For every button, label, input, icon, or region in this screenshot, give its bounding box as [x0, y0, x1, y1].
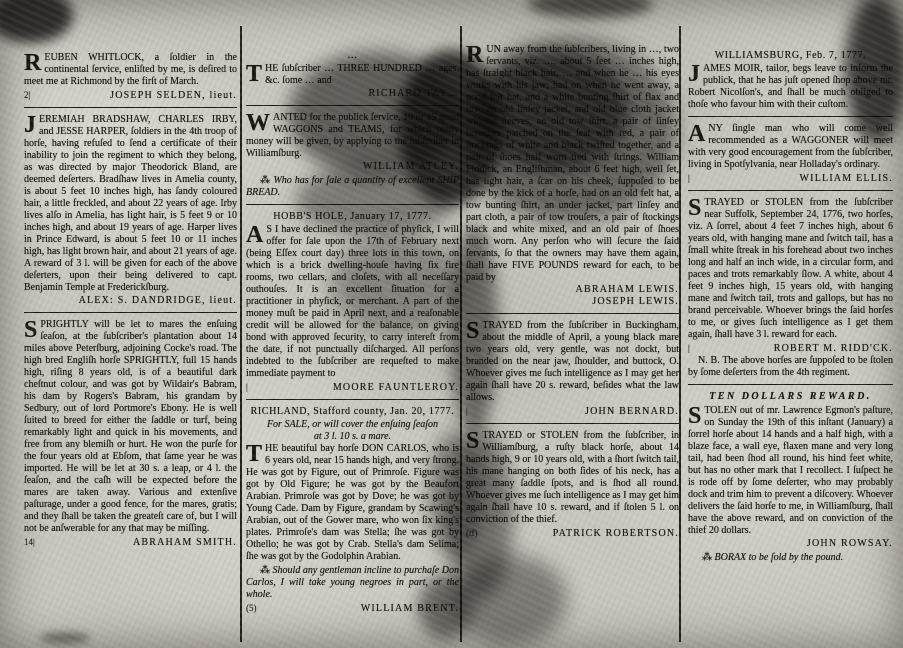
ad-note: ⁂ Should any gentleman incline to purcha… [246, 565, 459, 601]
ad-marker: | [688, 172, 690, 184]
ad-signature: JOSEPH SELDEN, lieut. [110, 90, 237, 102]
ad-headline: For SALE, or will cover the enſuing ſeaſ… [246, 419, 459, 431]
ad-body: STRAYED or STOLEN from the ſubſcriber, i… [466, 430, 679, 526]
ad-signature: JOHN ROWSAY. [807, 538, 893, 550]
ad-initial: R [466, 44, 486, 66]
ad-body: THE ſubſcriber … THREE HUNDRED … ages, &… [246, 63, 459, 87]
ad-strayed-two-horses: STRAYED or STOLEN from the ſubſcriber ne… [688, 197, 893, 379]
ad-dateline: HOBB'S HOLE, January 17, 1777. [246, 211, 459, 223]
column-rule-3 [679, 26, 681, 642]
ad-initial: J [24, 114, 39, 136]
ad-body: RUN away from the ſubſcribers, living in… [466, 44, 679, 284]
ad-signature: PATRICK ROBERTSON. [553, 528, 679, 540]
ad-signature: ABRAHAM SMITH. [133, 537, 237, 549]
ad-signature: ALEX: S. DANDRIDGE, lieut. [79, 295, 237, 307]
ad-ten-dollars-reward: TEN DOLLARS REWARD. STOLEN out of mr. La… [688, 391, 893, 564]
ad-initial: R [24, 52, 44, 74]
ad-signature: ABRAHAM LEWIS. [466, 284, 679, 296]
divider-rule [246, 399, 459, 400]
divider-rule [466, 313, 679, 314]
ad-marker: | [466, 405, 468, 417]
ad-body: STRAYED or STOLEN from the ſubſcriber ne… [688, 197, 893, 341]
column-1: REUBEN WHITLOCK, a ſoldier in the contin… [24, 52, 237, 549]
divider-rule [246, 204, 459, 205]
ink-smudge [40, 632, 90, 644]
ad-signature: WILLIAM ATLEY. [363, 161, 459, 173]
ad-initial: T [246, 63, 265, 85]
ad-signature: RICHARD TAY… [368, 88, 459, 100]
ad-strayed-mare: STRAYED from the ſubſcriber in Buckingha… [466, 320, 679, 418]
ad-initial: S [466, 320, 482, 342]
ad-three-hundred: … THE ſubſcriber … THREE HUNDRED … ages,… [246, 50, 459, 100]
ad-body: SPRIGHTLY will be let to mares the enſui… [24, 319, 237, 535]
ad-strayed-black-horse: STRAYED or STOLEN from the ſubſcriber, i… [466, 430, 679, 540]
ad-initial: S [466, 430, 482, 452]
ad-runaway-servants: RUN away from the ſubſcribers, living in… [466, 44, 679, 308]
ad-body: JEREMIAH BRADSHAW, CHARLES IRBY, and JES… [24, 114, 237, 294]
ad-waggons-wanted: WANTED for the publick ſervice, 10 or 15… [246, 112, 459, 199]
column-rule-2 [460, 26, 462, 642]
ad-initial: W [246, 112, 273, 134]
ad-signature: MOORE FAUNTLEROY. [333, 382, 459, 394]
column-rule-1 [240, 26, 242, 642]
ad-initial: S [24, 319, 40, 341]
divider-rule [688, 384, 893, 385]
ad-dateline: RICHLAND, Stafford county, Jan. 20, 1777… [246, 406, 459, 418]
ad-dateline: WILLIAMSBURG, Feb. 7, 1777. [688, 50, 893, 62]
ad-body: JAMES MOIR, tailor, begs leave to inform… [688, 63, 893, 111]
ink-smudge [452, 555, 567, 645]
ad-body: AS I have declined the practice of phyſi… [246, 224, 459, 380]
ad-signature: WILLIAM BRENT. [361, 603, 459, 615]
ad-waggoner-wanted: ANY ſingle man who will come well recomm… [688, 123, 893, 185]
divider-rule [24, 312, 237, 313]
ad-marker: 14| [24, 536, 35, 548]
ad-signature: JOSEPH LEWIS. [466, 296, 679, 308]
ad-initial: J [688, 63, 703, 85]
column-3: RUN away from the ſubſcribers, living in… [466, 44, 679, 540]
ad-marker: (5) [246, 602, 257, 614]
divider-rule [688, 190, 893, 191]
divider-rule [246, 105, 459, 106]
ad-don-carlos: RICHLAND, Stafford county, Jan. 20, 1777… [246, 406, 459, 615]
ad-marker: 2| [24, 89, 30, 101]
ad-body: STRAYED from the ſubſcriber in Buckingha… [466, 320, 679, 404]
ad-heading: TEN DOLLARS REWARD. [688, 391, 893, 403]
ad-marker: | [246, 381, 248, 393]
ad-initial: T [246, 443, 265, 465]
ad-initial: A [688, 123, 708, 145]
ad-body: WANTED for the publick ſervice, 10 or 15… [246, 112, 459, 160]
ad-dateline: … [246, 50, 459, 62]
ink-smudge [528, 0, 653, 18]
ad-initial: S [688, 197, 704, 219]
ad-hobbs-hole-sale: HOBB'S HOLE, January 17, 1777. AS I have… [246, 211, 459, 394]
ad-james-moir: WILLIAMSBURG, Feb. 7, 1777. JAMES MOIR, … [688, 50, 893, 111]
ad-whitlock: REUBEN WHITLOCK, a ſoldier in the contin… [24, 52, 237, 102]
ad-signature: JOHN BERNARD. [585, 406, 679, 418]
ad-signature: ROBERT M. RIDD'CK. [774, 343, 893, 355]
ad-body: THE beautiful bay horſe DON CARLOS, who … [246, 443, 459, 563]
ad-headline: at 3 l. 10 s. a mare. [246, 431, 459, 443]
column-4: WILLIAMSBURG, Feb. 7, 1777. JAMES MOIR, … [688, 50, 893, 564]
ink-smudge [0, 0, 73, 43]
ad-note: ⁂ Who has for ſale a quantity of excelle… [246, 175, 459, 199]
ad-body: ANY ſingle man who will come well recomm… [688, 123, 893, 171]
ad-body: STOLEN out of mr. Lawrence Egmon's paſtu… [688, 405, 893, 537]
ad-body: REUBEN WHITLOCK, a ſoldier in the contin… [24, 52, 237, 88]
ad-initial: S [688, 405, 704, 427]
ad-signature: WILLIAM ELLIS. [800, 173, 893, 185]
ad-marker: | [688, 342, 690, 354]
ad-bradshaw-deserters: JEREMIAH BRADSHAW, CHARLES IRBY, and JES… [24, 114, 237, 307]
ad-note: ⁂ BORAX to be ſold by the pound. [688, 552, 893, 564]
divider-rule [466, 423, 679, 424]
newspaper-page-scan: REUBEN WHITLOCK, a ſoldier in the contin… [0, 0, 903, 648]
divider-rule [688, 116, 893, 117]
ad-marker: (tf) [466, 527, 478, 539]
ad-sprightly-horse: SPRIGHTLY will be let to mares the enſui… [24, 319, 237, 549]
ad-nota-bene: N. B. The above horſes are ſuppoſed to b… [688, 355, 893, 379]
divider-rule [24, 107, 237, 108]
column-2: … THE ſubſcriber … THREE HUNDRED … ages,… [246, 50, 459, 615]
ad-initial: A [246, 224, 266, 246]
